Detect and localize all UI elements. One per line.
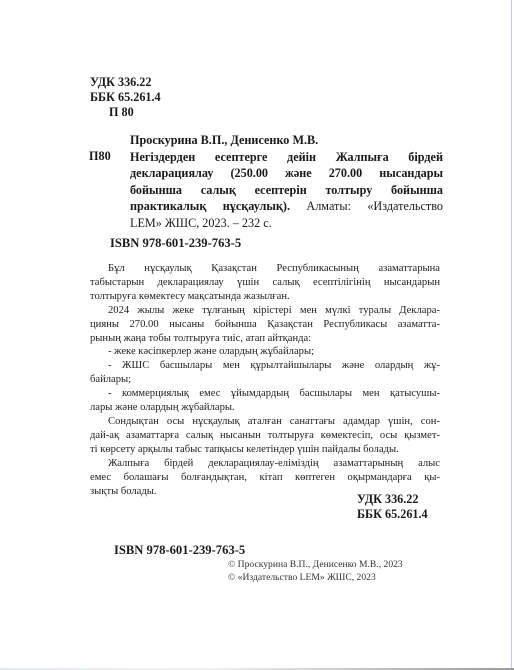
footer-bbk: ББК 65.261.4: [357, 508, 428, 521]
annotation-line: лары және олардың жұбайлары.: [90, 401, 440, 415]
title-tail: практикалық нұсқаулық).: [130, 199, 290, 213]
bibliographic-description: Проскурина В.П., Денисенко М.В. Негіздер…: [130, 132, 443, 231]
udk-code: УДК 336.22: [90, 76, 152, 89]
title-line: бойынша салық есептерін толтыру бойынша: [130, 182, 443, 199]
annotation-line: Бұл нұсқаулық Қазақстан Республикасының …: [90, 262, 440, 276]
title-line: декларациялау (250.00 және 270.00 нысанд…: [130, 165, 443, 182]
authors: Проскурина В.П., Денисенко М.В.: [130, 132, 443, 149]
annotation: Бұл нұсқаулық Қазақстан Республикасының …: [90, 262, 440, 498]
annotation-line: - коммерциялық емес ұйымдардың басшылары…: [90, 387, 440, 401]
annotation-line: 2024 жылы жеке тұлғаның кірістері мен мү…: [90, 304, 440, 318]
page-edge-right: [511, 0, 512, 668]
annotation-line: ті көрсету арқылы табыс тапқысы келетінд…: [90, 443, 440, 457]
imprint-line: LEM» ЖШС, 2023. – 232 с.: [130, 215, 443, 232]
annotation-line: Жалпыға бірдей декларациялау-еліміздің а…: [90, 457, 440, 471]
copyright-authors: © Проскурина В.П., Денисенко М.В., 2023: [228, 558, 403, 571]
annotation-line: - ЖШС басшылары мен құрылтайшылары және …: [90, 359, 440, 373]
imprint-tail: Алматы: «Издательство: [290, 199, 443, 213]
annotation-line: Сондықтан осы нұсқаулық аталған санаттағ…: [90, 415, 440, 429]
annotation-line: толтыруға көмектесу мақсатында жазылған.: [90, 290, 440, 304]
annotation-line: дай-ақ азаматтарға салық нысанын толтыру…: [90, 429, 440, 443]
title-imprint-line: практикалық нұсқаулық). Алматы: «Издател…: [130, 198, 443, 215]
footer-isbn: ISBN 978-601-239-763-5: [114, 543, 245, 558]
annotation-line: емес болашағы болғандықтан, кітап көптег…: [90, 471, 440, 485]
biblio-mark: П80: [89, 148, 111, 165]
copyright-publisher: © «Издательство LEM» ЖШС, 2023: [228, 571, 376, 584]
author-mark: П 80: [109, 106, 134, 119]
annotation-line: рының жаңа тобы толтыруға тиіс, атап айт…: [90, 332, 440, 346]
annotation-line: - жеке кәсіпкерлер және олардың жұбайлар…: [90, 345, 440, 359]
bbk-code: ББК 65.261.4: [90, 91, 161, 104]
annotation-line: табыстарын декларациялау үшін салық есеп…: [90, 276, 440, 290]
isbn-top: ISBN 978-601-239-763-5: [110, 236, 241, 251]
annotation-line: байлары;: [90, 373, 440, 387]
annotation-line: цияны 270.00 нысаны бойынша Қазақстан Ре…: [90, 318, 440, 332]
title-line: Негіздерден есептерге дейін Жалпыға бірд…: [130, 149, 443, 166]
footer-udk: УДК 336.22: [357, 493, 419, 506]
